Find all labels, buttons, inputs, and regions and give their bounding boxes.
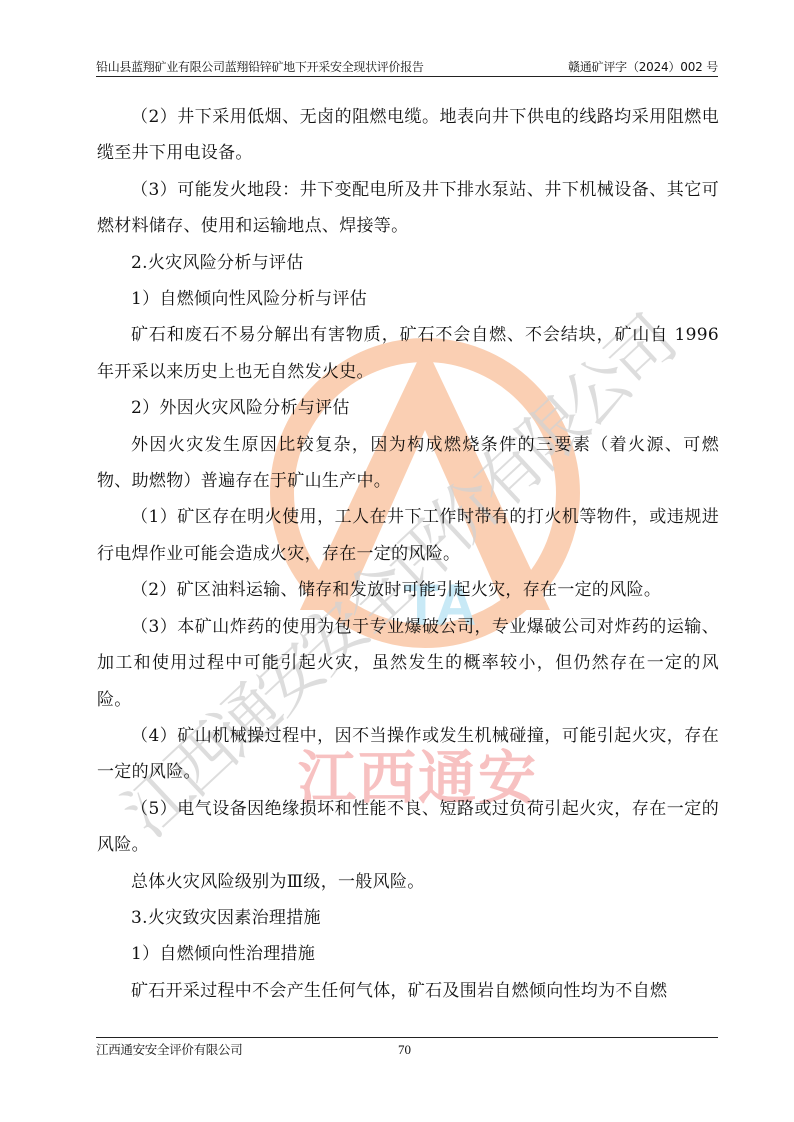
paragraph: （4）矿山机械操过程中，因不当操作或发生机械碰撞，可能引起火灾，存在一定的风险。 (97, 718, 719, 791)
report-title: 铅山县蓝翔矿业有限公司蓝翔铅锌矿地下开采安全现状评价报告 (96, 58, 424, 75)
footer-divider (96, 1037, 718, 1038)
footer-company: 江西通安安全评价有限公司 (96, 1040, 242, 1058)
paragraph: （3）本矿山炸药的使用为包于专业爆破公司，专业爆破公司对炸药的运输、加工和使用过… (97, 609, 719, 718)
paragraph: （3）可能发火地段：井下变配电所及井下排水泵站、井下机械设备、其它可燃材料储存、… (97, 172, 719, 245)
subsection-heading: 2）外因火灾风险分析与评估 (97, 390, 719, 426)
paragraph: （2）矿区油料运输、储存和发放时可能引起火灾，存在一定的风险。 (97, 572, 719, 608)
subsection-heading: 1）自燃倾向性治理措施 (97, 936, 719, 972)
page-number: 70 (398, 1042, 411, 1058)
section-heading: 2.火灾风险分析与评估 (97, 245, 719, 281)
header-divider (96, 76, 718, 77)
paragraph: 矿石和废石不易分解出有害物质，矿石不会自燃、不会结块，矿山自 1996 年开采以… (97, 317, 719, 390)
paragraph: 总体火灾风险级别为Ⅲ级，一般风险。 (97, 864, 719, 900)
document-page: 铅山县蓝翔矿业有限公司蓝翔铅锌矿地下开采安全现状评价报告 赣通矿评字（2024）… (0, 0, 794, 1122)
paragraph: 矿石开采过程中不会产生任何气体，矿石及围岩自燃倾向性均为不自燃 (97, 973, 719, 1009)
subsection-heading: 1）自燃倾向性风险分析与评估 (97, 281, 719, 317)
section-heading: 3.火灾致灾因素治理措施 (97, 900, 719, 936)
paragraph: 外因火灾发生原因比较复杂，因为构成燃烧条件的三要素（着火源、可燃物、助燃物）普遍… (97, 427, 719, 500)
report-number: 赣通矿评字（2024）002 号 (568, 58, 718, 75)
paragraph: （1）矿区存在明火使用，工人在井下工作时带有的打火机等物件，或违规进行电焊作业可… (97, 499, 719, 572)
page-header: 铅山县蓝翔矿业有限公司蓝翔铅锌矿地下开采安全现状评价报告 赣通矿评字（2024）… (96, 56, 718, 76)
document-body: （2）井下采用低烟、无卤的阻燃电缆。地表向井下供电的线路均采用阻燃电缆至井下用电… (97, 99, 719, 1009)
paragraph: （2）井下采用低烟、无卤的阻燃电缆。地表向井下供电的线路均采用阻燃电缆至井下用电… (97, 99, 719, 172)
paragraph: （5）电气设备因绝缘损坏和性能不良、短路或过负荷引起火灾，存在一定的风险。 (97, 791, 719, 864)
